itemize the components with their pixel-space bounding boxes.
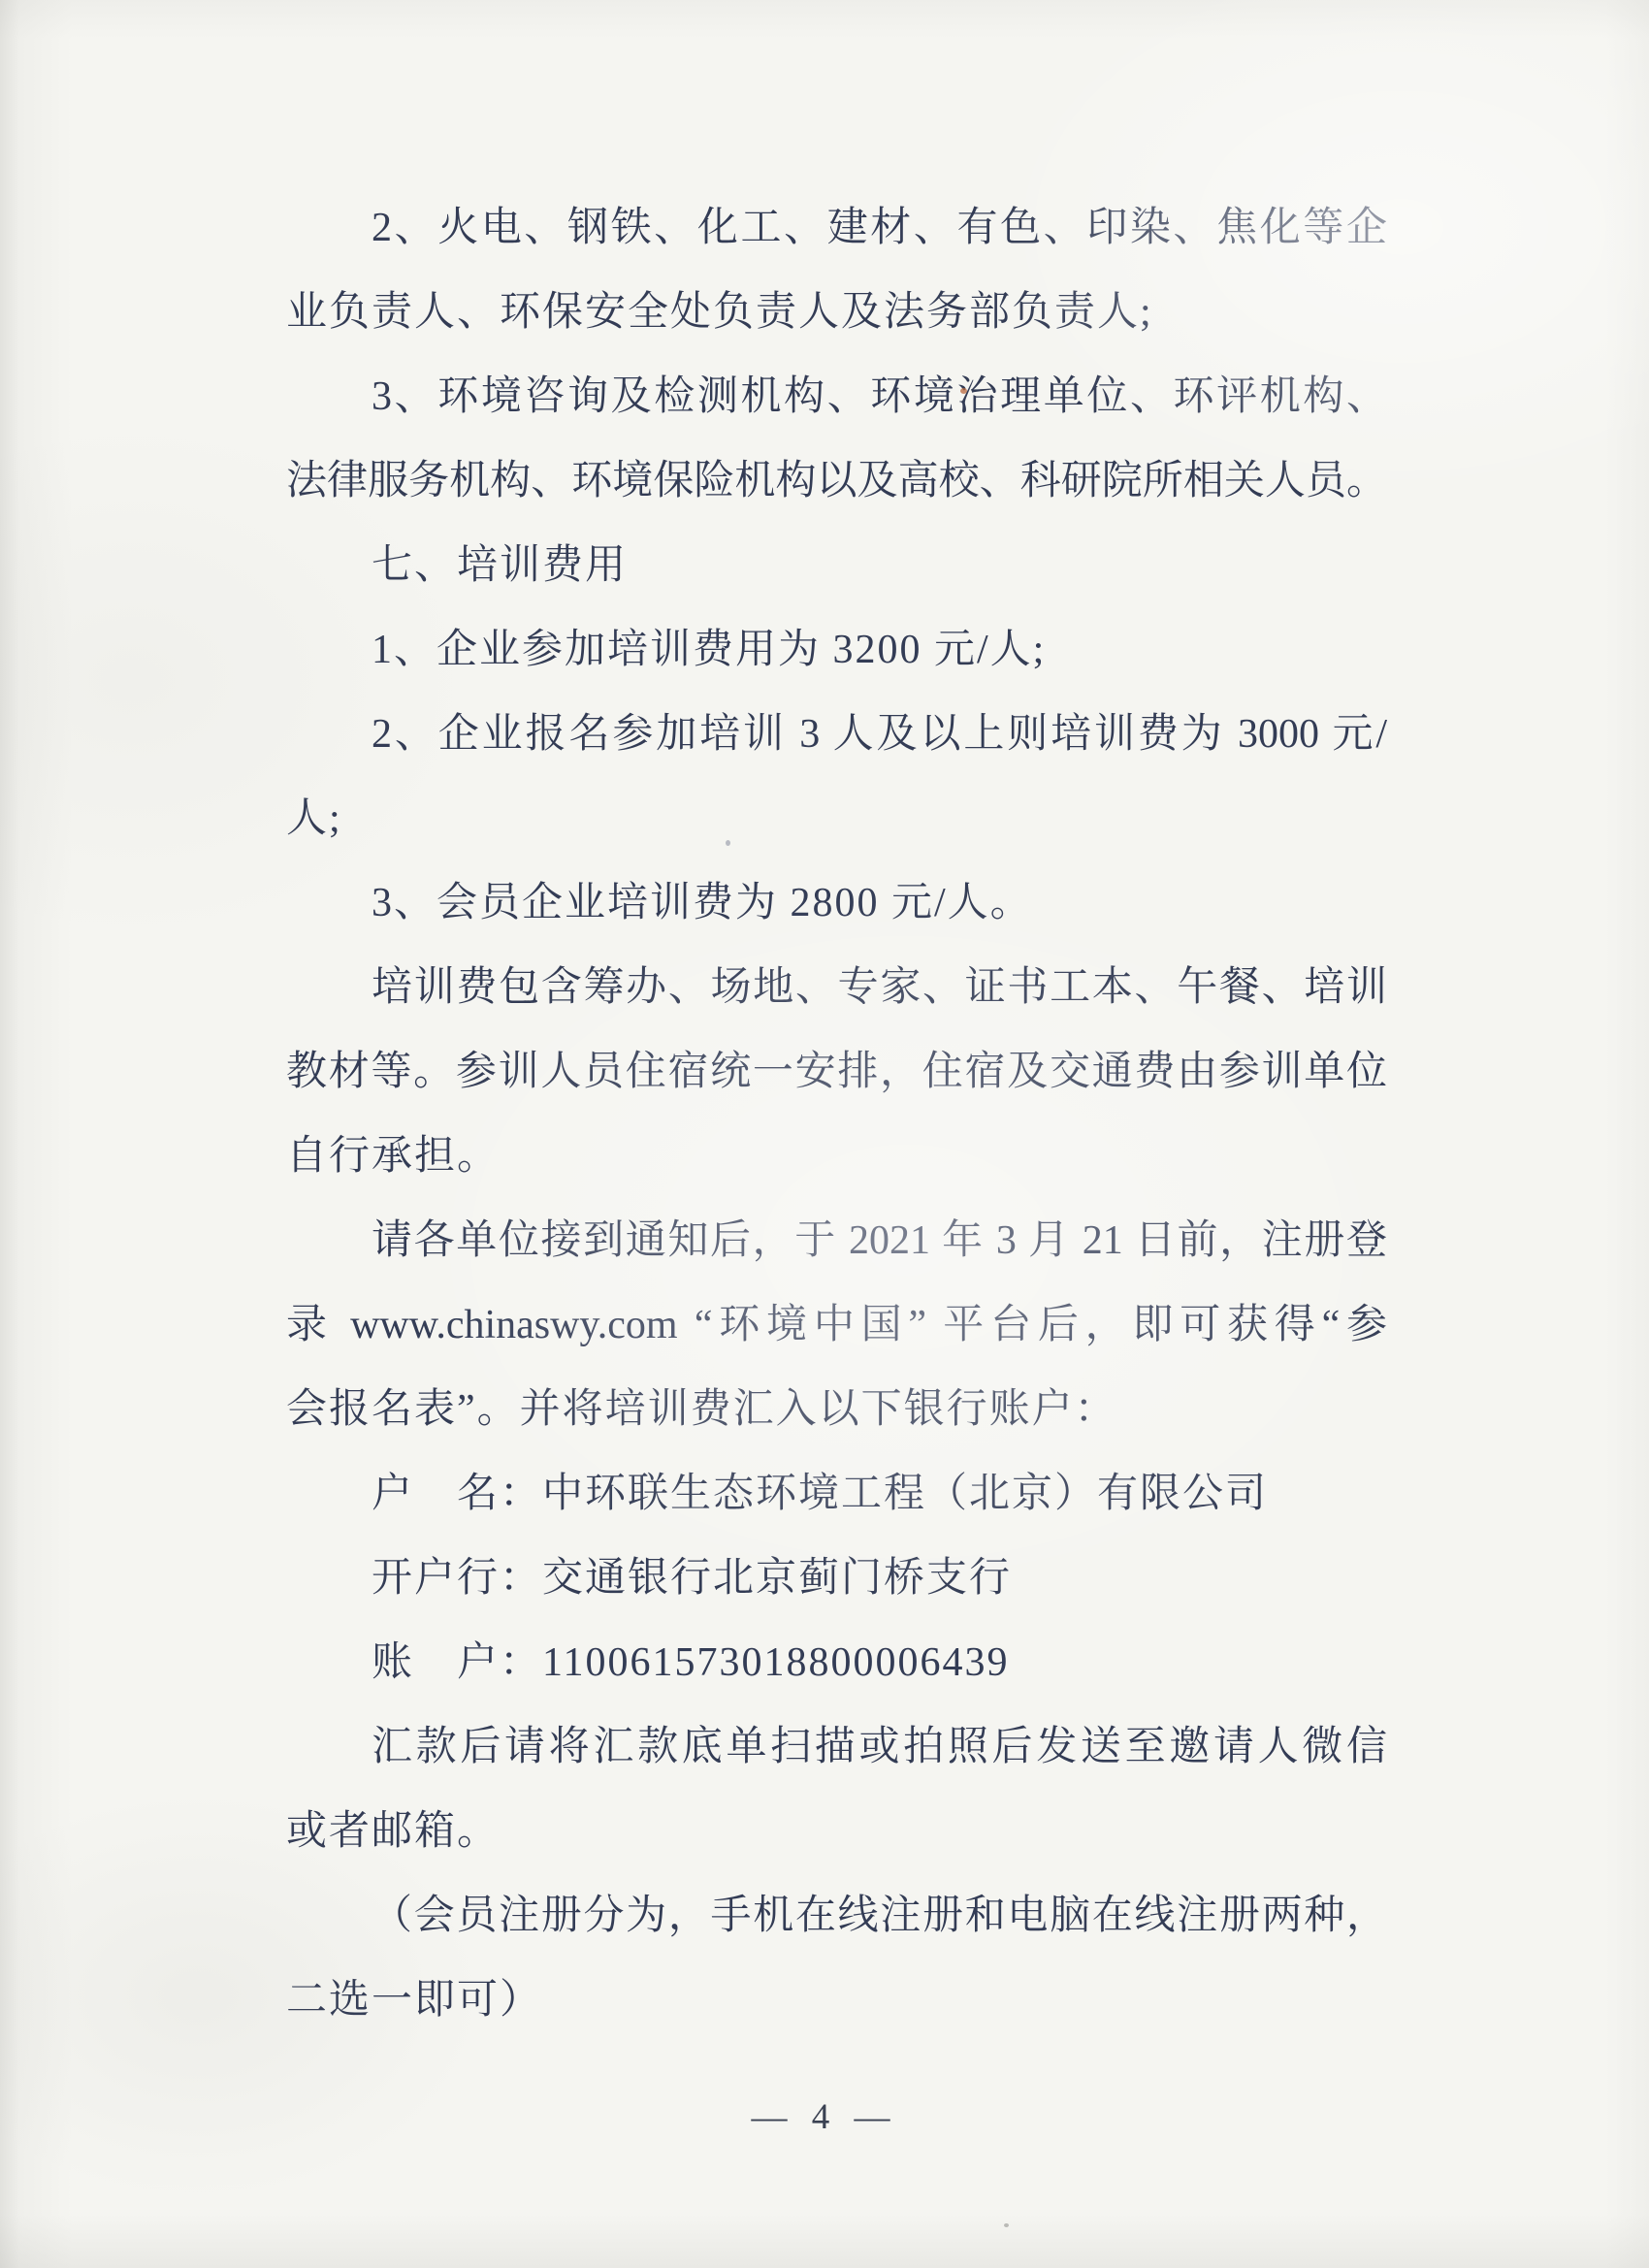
document-line: 自行承担。 [286,1115,1387,1199]
document-line: 或者邮箱。 [286,1790,1387,1874]
document-line: 二选一即可） [286,1959,1387,2043]
document-line: （会员注册分为，手机在线注册和电脑在线注册两种， [286,1874,1387,1959]
document-line: 开户行：交通银行北京蓟门桥支行 [286,1537,1387,1621]
document-line: 培训费包含筹办、场地、专家、证书工本、午餐、培训 [286,946,1387,1030]
document-line: 人; [286,777,1387,861]
document-line: 汇款后请将汇款底单扫描或拍照后发送至邀请人微信 [286,1705,1387,1790]
document-line: 业负责人、环保安全处负责人及法务部负责人; [286,271,1387,355]
document-line: 法律服务机构、环境保险机构以及高校、科研院所相关人员。 [286,439,1387,524]
page-number: — 4 — [0,2084,1649,2152]
document-body: 2、火电、钢铁、化工、建材、有色、印染、焦化等企业负责人、环保安全处负责人及法务… [286,186,1387,2043]
document-line: 七、培训费用 [286,524,1387,608]
document-line: 会报名表”。并将培训费汇入以下银行账户： [286,1368,1387,1452]
scan-speck [1004,2223,1009,2227]
document-line: 账 户：110061573018800006439 [286,1621,1387,1705]
document-line: 2、企业报名参加培训 3 人及以上则培训费为 3000 元/ [286,693,1387,777]
document-page: 2、火电、钢铁、化工、建材、有色、印染、焦化等企业负责人、环保安全处负责人及法务… [0,0,1649,2268]
document-line: 3、环境咨询及检测机构、环境治理单位、环评机构、 [286,355,1387,439]
document-line: 1、企业参加培训费用为 3200 元/人; [286,608,1387,693]
document-line: 3、会员企业培训费为 2800 元/人。 [286,861,1387,946]
document-line: 户 名：中环联生态环境工程（北京）有限公司 [286,1452,1387,1537]
document-line: 教材等。参训人员住宿统一安排，住宿及交通费由参训单位 [286,1030,1387,1115]
document-line: 2、火电、钢铁、化工、建材、有色、印染、焦化等企 [286,186,1387,271]
document-line: 录 www.chinaswy.com “环境中国” 平台后，即可获得“参 [286,1283,1387,1368]
document-line: 请各单位接到通知后，于 2021 年 3 月 21 日前，注册登 [286,1199,1387,1283]
